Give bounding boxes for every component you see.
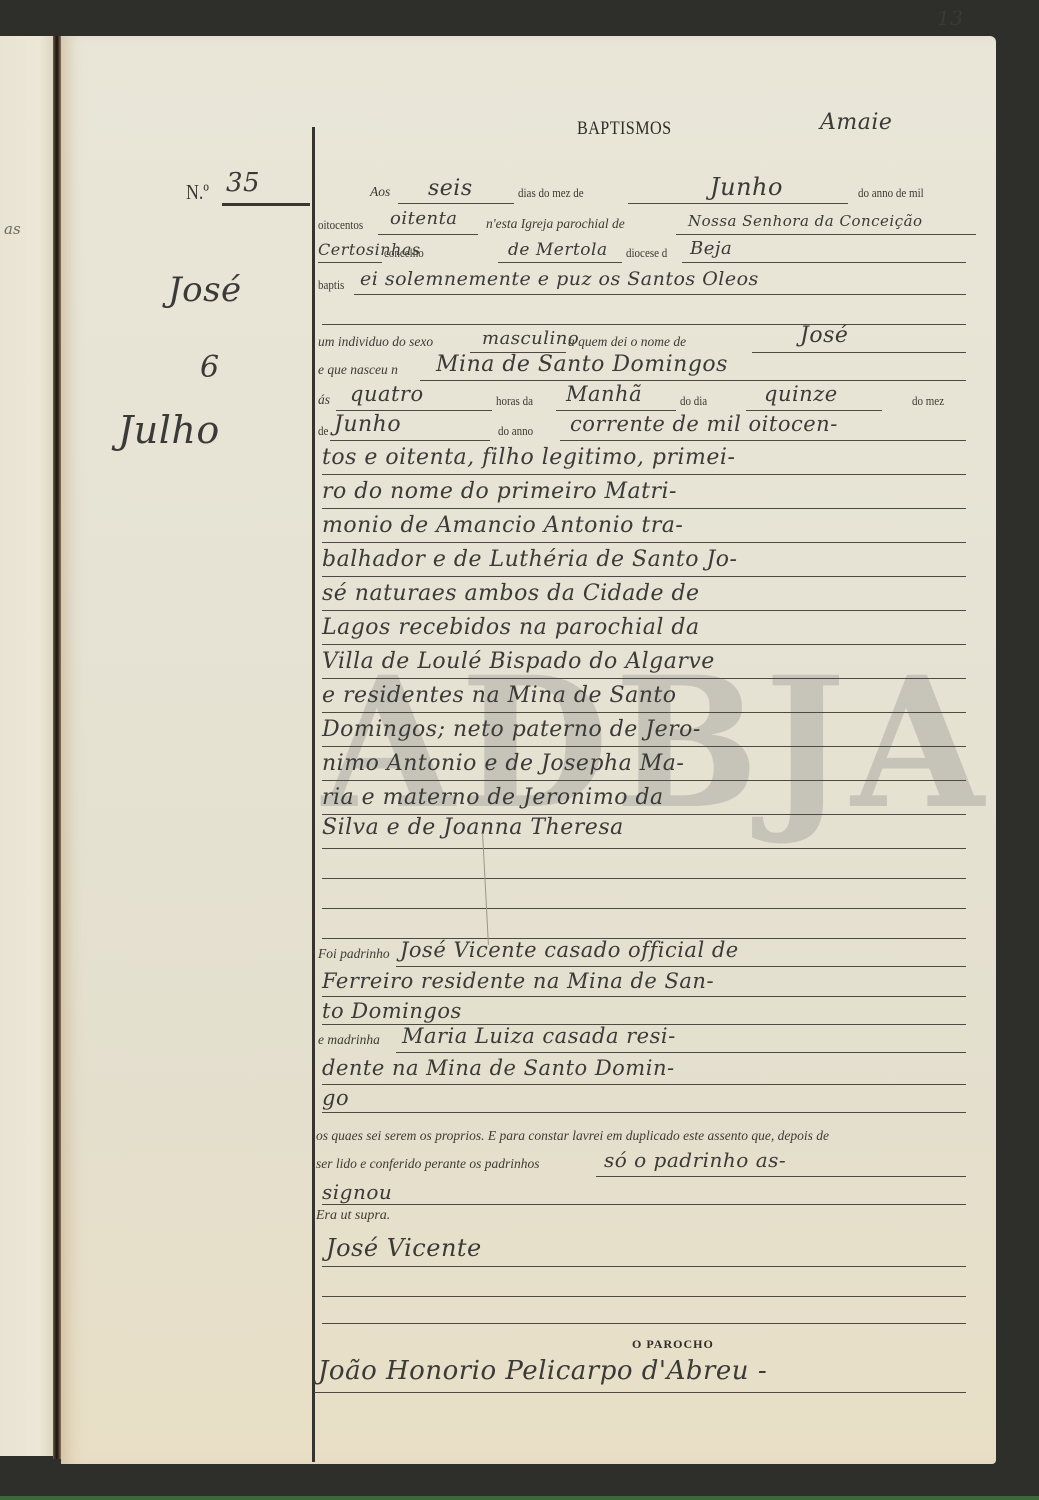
- label-diocese: diocese d: [626, 246, 667, 261]
- rule: [322, 1204, 966, 1205]
- label-igreja: n'esta Igreja parochial de: [486, 216, 625, 232]
- label-horas-da: horas da: [496, 394, 533, 409]
- label-anno-de-mil: do anno de mil: [858, 186, 924, 201]
- label-de: de: [318, 424, 328, 439]
- page-number: 13: [937, 6, 963, 30]
- hw-day: seis: [428, 176, 473, 201]
- rule: [322, 1112, 966, 1113]
- margin-divider: [312, 127, 315, 1462]
- rule: [322, 542, 966, 543]
- label-padrinho: Foi padrinho: [318, 946, 390, 962]
- body-line: Villa de Loulé Bispado do Algarve: [322, 649, 715, 674]
- hw-baptism-line: ei solemnemente e puz os Santos Oleos: [360, 268, 759, 290]
- label-nome: a quem dei o nome de: [568, 334, 686, 350]
- body-line: Lagos recebidos na parochial da: [322, 615, 700, 640]
- label-do-dia: do dia: [680, 394, 707, 409]
- rule: [336, 410, 492, 411]
- rule: [628, 203, 848, 204]
- rule: [314, 1392, 966, 1393]
- rule: [322, 1084, 966, 1085]
- rule: [420, 380, 966, 381]
- rule: [322, 508, 966, 509]
- rule: [378, 234, 478, 235]
- body-line: Silva e de Joanna Theresa: [322, 815, 624, 840]
- rule: [682, 262, 966, 263]
- label-baptisei: baptis: [318, 278, 344, 293]
- label-do-mez: do mez: [912, 394, 944, 409]
- label-dias-do-mez: dias do mez de: [518, 186, 584, 201]
- hw-birth-day: quinze: [764, 382, 838, 406]
- hw-birth-month: Junho: [334, 412, 401, 437]
- label-nasceu: e que nasceu n: [318, 362, 398, 378]
- rule: [322, 996, 966, 997]
- hw-birthplace: Mina de Santo Domingos: [436, 352, 728, 377]
- left-page-edge: as: [0, 36, 56, 1456]
- hw-sex: masculino: [482, 328, 579, 349]
- rule: [322, 746, 966, 747]
- hw-hour: quatro: [350, 382, 424, 406]
- hw-madrinha: go: [322, 1086, 349, 1110]
- rule: [322, 848, 966, 849]
- entry-number-underline: [222, 203, 310, 206]
- rule: [322, 576, 966, 577]
- label-madrinha: e madrinha: [318, 1032, 380, 1048]
- rule: [322, 712, 966, 713]
- margin-day: 6: [200, 350, 220, 385]
- page-title: BAPTISMOS: [577, 118, 671, 140]
- rule: [498, 262, 622, 263]
- rule: [396, 966, 966, 967]
- parocho-label: O PAROCHO: [632, 1337, 714, 1352]
- hw-birth-year: corrente de mil oitocen-: [570, 412, 838, 436]
- margin-month: Julho: [118, 408, 220, 452]
- closing-text-1: os quaes sei serem os proprios. E para c…: [316, 1128, 829, 1144]
- rule: [560, 440, 966, 441]
- rule: [322, 678, 966, 679]
- godfather-signature: José Vicente: [326, 1234, 482, 1262]
- rule: [322, 474, 966, 475]
- book-binding: [53, 36, 61, 1459]
- body-line: balhador e de Luthéria de Santo Jo-: [322, 547, 737, 572]
- body-line: ria e materno de Jeronimo da: [322, 785, 664, 810]
- rule: [322, 644, 966, 645]
- corner-note: Amaie: [820, 110, 892, 135]
- body-line: e residentes na Mina de Santo: [322, 683, 676, 708]
- rule: [322, 324, 966, 325]
- body-line: Domingos; neto paterno de Jero-: [322, 717, 701, 742]
- hw-padrinho: Ferreiro residente na Mina de San-: [322, 969, 714, 993]
- rule: [322, 780, 966, 781]
- label-do-anno: do anno: [498, 424, 533, 439]
- rule: [556, 410, 676, 411]
- hw-diocese: Beja: [690, 238, 732, 259]
- entry-number: 35: [226, 168, 260, 198]
- hw-year: oitenta: [390, 208, 458, 229]
- label-sexo: um individuo do sexo: [318, 334, 433, 350]
- body-line: sé naturaes ambos da Cidade de: [322, 581, 700, 606]
- body-line: ro do nome do primeiro Matri-: [322, 479, 677, 504]
- rule: [330, 440, 490, 441]
- rule: [322, 908, 966, 909]
- rule: [322, 610, 966, 611]
- hw-period: Manhã: [566, 382, 642, 406]
- rule: [596, 1176, 966, 1177]
- body-line: nimo Antonio e de Josepha Ma-: [322, 751, 684, 776]
- rule: [746, 410, 882, 411]
- rule: [318, 262, 382, 263]
- rule: [676, 234, 976, 235]
- rule: [322, 1296, 966, 1297]
- label-oitocentos: oitocentos: [318, 218, 363, 233]
- left-page-fragment: as: [4, 220, 21, 238]
- hw-month: Junho: [710, 173, 783, 201]
- hw-signing: só o padrinho as-: [604, 1148, 786, 1172]
- hw-madrinha: Maria Luiza casada resi-: [402, 1024, 676, 1048]
- scan-border: [0, 1496, 1039, 1500]
- margin-name: José: [168, 270, 242, 310]
- hw-signing-cont: signou: [322, 1180, 392, 1204]
- body-line: monio de Amancio Antonio tra-: [322, 513, 683, 538]
- hw-concelho: de Mertola: [508, 240, 608, 260]
- priest-signature: João Honorio Pelicarpo d'Abreu -: [318, 1356, 767, 1386]
- rule: [752, 352, 966, 353]
- hw-name: José: [800, 323, 848, 348]
- hw-parish: Nossa Senhora da Conceição: [688, 212, 923, 230]
- label-aos: Aos: [370, 184, 390, 200]
- era-ut-supra: Era ut supra.: [316, 1208, 390, 1224]
- rule: [396, 1052, 966, 1053]
- body-line: tos e oitenta, filho legitimo, primei-: [322, 445, 735, 470]
- rule: [354, 294, 966, 295]
- hw-padrinho: José Vicente casado official de: [400, 938, 739, 962]
- label-as: ás: [318, 392, 330, 408]
- label-concelho: concelho: [384, 246, 424, 261]
- closing-text-2: ser lido e conferido perante os padrinho…: [316, 1156, 539, 1172]
- rule: [322, 1266, 966, 1267]
- rule: [322, 1323, 966, 1324]
- hw-madrinha: dente na Mina de Santo Domin-: [322, 1056, 675, 1080]
- rule: [322, 878, 966, 879]
- rule: [398, 203, 514, 204]
- entry-number-label: N.º: [186, 180, 209, 205]
- hw-padrinho: to Domingos: [322, 999, 462, 1023]
